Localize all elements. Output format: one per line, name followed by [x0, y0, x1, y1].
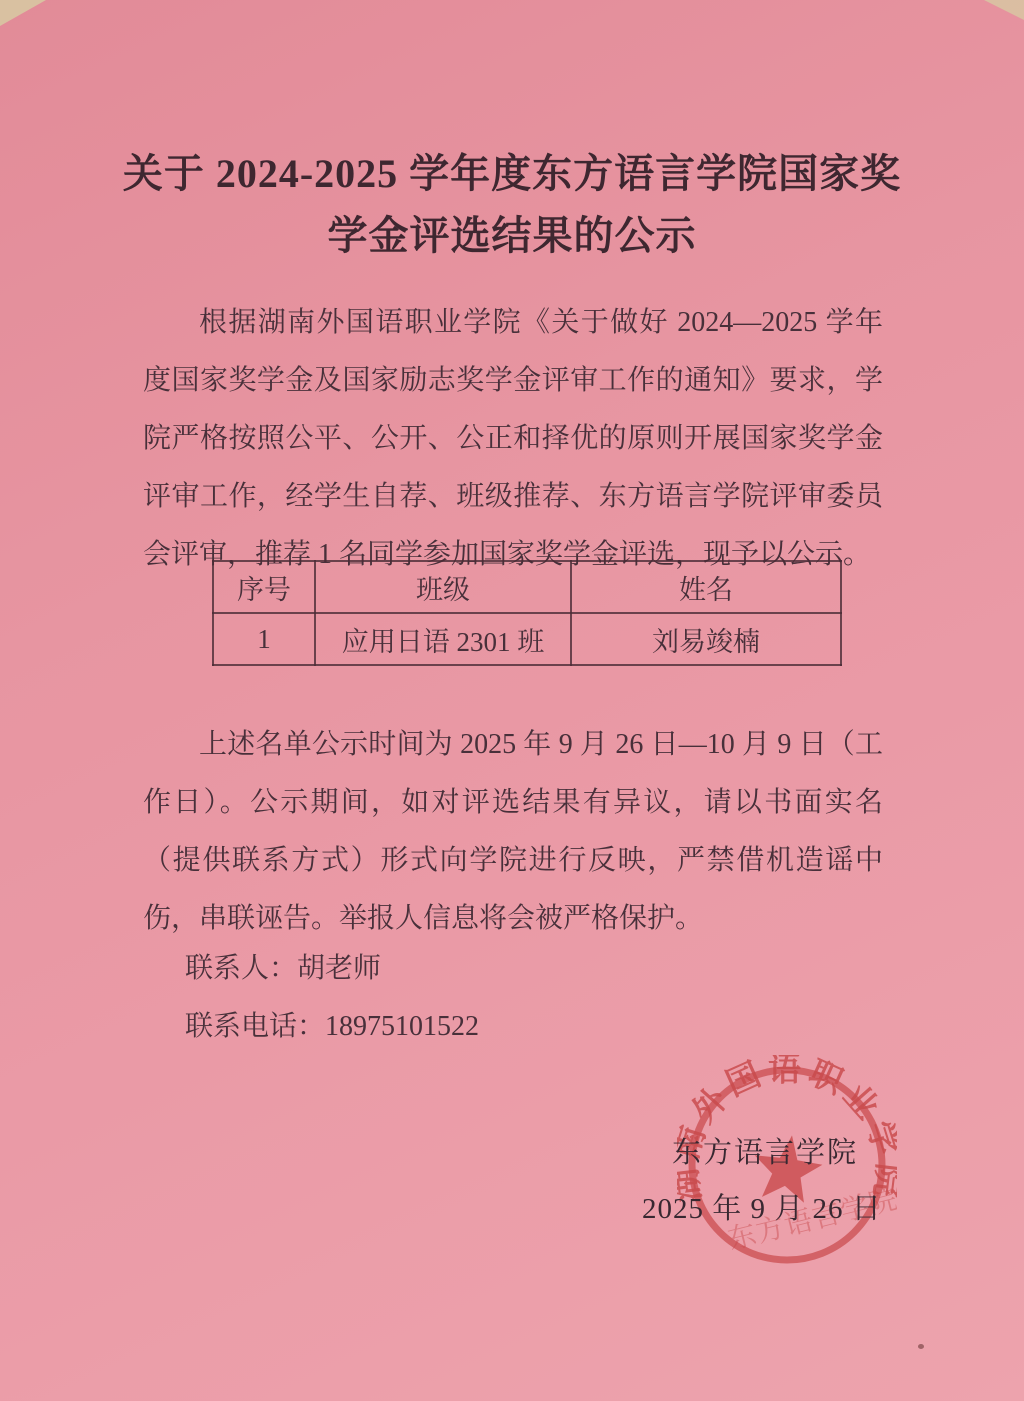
table-row: 1 应用日语 2301 班 刘易竣楠: [213, 613, 841, 665]
paragraph-notice: 上述名单公示时间为 2025 年 9 月 26 日—10 月 9 日（工作日）。…: [143, 716, 883, 948]
signature-date: 2025 年 9 月 26 日: [642, 1186, 942, 1227]
nominee-table: 序号 班级 姓名 1 应用日语 2301 班 刘易竣楠: [212, 560, 842, 666]
photo-corner-top-left: [0, 0, 46, 26]
header-name: 姓名: [571, 561, 841, 613]
contact-phone: 联系电话：18975101522: [143, 1004, 743, 1044]
signature-department: 东方语言学院: [672, 1130, 932, 1171]
header-serial-number: 序号: [213, 561, 315, 613]
cell-class: 应用日语 2301 班: [315, 613, 571, 665]
cell-serial-number: 1: [213, 613, 315, 665]
cell-name: 刘易竣楠: [571, 613, 841, 665]
contact-person: 联系人：胡老师: [143, 946, 743, 986]
photo-corner-top-right: [984, 0, 1024, 20]
table-header-row: 序号 班级 姓名: [213, 561, 841, 613]
announcement-document-photo: 关于 2024-2025 学年度东方语言学院国家奖学金评选结果的公示 根据湖南外…: [0, 0, 1024, 1401]
header-class: 班级: [315, 561, 571, 613]
document-title: 关于 2024-2025 学年度东方语言学院国家奖学金评选结果的公示: [108, 143, 916, 267]
paragraph-intro: 根据湖南外国语职业学院《关于做好 2024—2025 学年度国家奖学金及国家励志…: [143, 294, 883, 584]
paper-speck: [918, 1344, 924, 1349]
